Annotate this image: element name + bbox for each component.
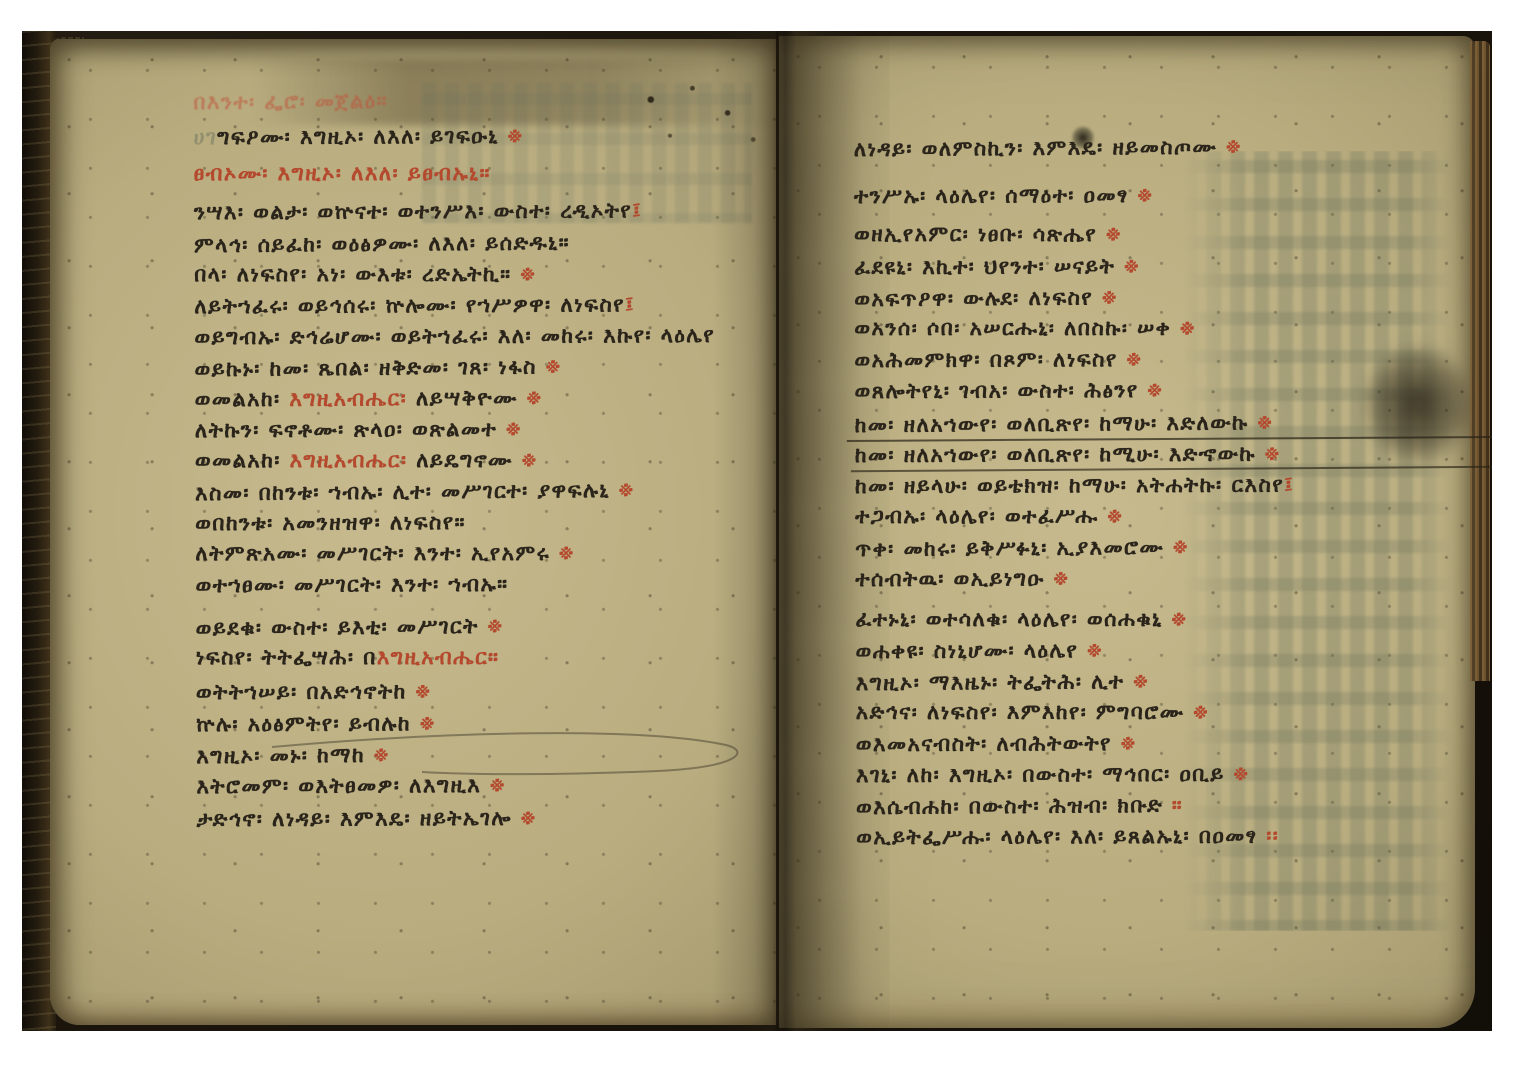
verse-divider-mark: ፠ [1226,134,1242,158]
verse-divider-mark: ፠ [1147,378,1163,402]
text-segment: ወተኀፀሙ፡ መሥገርት፡ እንተ፡ ኀብኡ። [195,572,508,597]
text-segment: ጥቀ፡ መከሩ፡ ይቅሥፉኒ፡ ኢያእመሮሙ [855,535,1173,561]
text-segment: በእንተ፡ ፌሮ፡ መጀልዕ። [193,89,388,115]
text-segment: እግዚአብሔር። [377,645,500,669]
verse-divider-mark: ፠ [1180,316,1196,340]
text-line: ምላኅ፡ ሰይፈከ፡ ወዕፅዎሙ፡ ለእለ፡ ይሰድዱኒ። [194,228,769,264]
verse-divider-mark: ፠ [1121,731,1137,755]
text-segment: ወሐቀዩ፡ ስነኒሆሙ፡ ላዕሌየ [856,638,1088,663]
text-segment: ተጋብኡ፡ ላዕሌየ፡ ወተፈሥሑ [855,504,1107,528]
verse-divider-mark: ፠ [1124,254,1140,278]
text-line: እስመ፡ በከንቱ፡ ኀብኡ፡ ሊተ፡ መሥገርተ፡ ያዋፍሉኒ ፠ [195,476,770,512]
text-line: ፈደዩኒ፡ እኪተ፡ ህየንተ፡ ሠናይት ፠ [854,252,1469,285]
text-segment: በላ፡ ለነፍስየ፡ አነ፡ ውእቱ፡ ረድኤትኪ። [194,262,520,286]
fore-edge-pages [1470,41,1490,681]
text-segment: ወእመአናብስት፡ ለብሕትውትየ [856,731,1121,756]
text-line: ፀብኦሙ፡ እግዚኦ፡ ለእለ፡ ይፀብኡኒ። [194,160,769,192]
verse-divider-mark: ፠ [619,478,635,502]
text-segment: ወአሕመምክዋ፡ በጾም፡ ለነፍስየ [854,347,1126,372]
verse-divider-mark: ፠ [506,417,522,441]
verse-divider-mark: ፠ [1233,762,1249,786]
text-line: ወመልአከ፡ እግዚአብሔር፡ ለይሣቅዮሙ ፠ [195,384,770,418]
text-line: ወተኀፀሙ፡ መሥገርት፡ እንተ፡ ኀብኡ። [195,570,770,604]
text-segment: ለነዳይ፡ ወለምስኪን፡ እምእዴ፡ ዘይመስጦሙ [854,135,1226,162]
text-segment: ወይኩኑ፡ ከመ፡ ጼበል፡ ዘቅድመ፡ ገጸ፡ ነፋስ [194,355,545,382]
text-segment: እትሮመም፡ ወእትፀመዎ፡ ለእግዚእ [196,773,490,798]
text-segment: ፀብኦሙ፡ እግዚኦ፡ ለእለ፡ ይፀብኡኒ። [194,161,491,185]
verse-divider-mark: ፠ [374,743,390,767]
text-line: ወመልአከ፡ እግዚአብሔር፡ ለይዴግኖሙ ፠ [195,447,770,479]
verse-divider-mark: ፠ [508,124,524,148]
verse-divider-mark: ፠ [1126,347,1142,371]
text-segment: አድኅና፡ ለነፍስየ፡ እምእከየ፡ ምግባሮሙ [856,700,1193,724]
text-line: እትሮመም፡ ወእትፀመዎ፡ ለእግዚእ ፠ [196,771,771,805]
verse-divider-mark: ፠ [1173,535,1189,559]
text-segment: ወኢይትፌሥሑ፡ ላዕሌየ፡ እለ፡ ይጸልኡኒ፡ በዐመፃ [856,824,1266,849]
text-segment: ወአንሰ፡ ሶበ፡ አሠርሑኒ፡ ለበስኩ፡ ሠቀ [854,316,1180,340]
text-line: እግዚኦ፡ ማእዜኑ፡ ትፌትሕ፡ ሊተ ፠ [856,666,1471,701]
text-line: ወአሕመምክዋ፡ በጾም፡ ለነፍስየ ፠ [854,345,1469,378]
text-segment: ለይዴግኖሙ [407,448,521,472]
verse-divider-mark: ፠ [1193,700,1209,724]
text-line: ከመ፡ ዘለአኀውየ፡ ወለቢጽየ፡ ከሚሁ፡ እድኆውኩ ፠ [855,440,1470,473]
text-segment: ወትትኀሠይ፡ በአድኅኖትከ [196,679,416,704]
verse-divider-mark: ፠ [520,262,536,286]
verse-divider-mark: ። [1172,793,1183,817]
text-line: በላ፡ ለነፍስየ፡ አነ፡ ውእቱ፡ ረድኤትኪ። ፠ [194,261,769,293]
text-line: ለይትኀፈሩ፡ ወይኅሰሩ፡ ኵሎሙ፡ የኀሥዎዋ፡ ለነፍስየ፤ [194,291,769,325]
manuscript-screenshot: በእንተ፡ ፌሮ፡ መጀልዕ።ሀገግፍዖሙ፡ እግዚኦ፡ ለእለ፡ ይገፍዑኒ … [0,0,1515,1071]
text-segment: ፈደዩኒ፡ እኪተ፡ ህየንተ፡ ሠናይት [854,254,1124,279]
text-line: ነፍስየ፡ ትትፌሣሕ፡ በእግዚአብሔር። [196,644,771,676]
text-segment: ኵሉ፡ አዕፅምትየ፡ ይብሉከ [196,711,420,736]
verse-divider-mark: ፠ [1053,566,1069,590]
verse-divider-mark: ፠ [546,354,562,378]
text-segment: ነፍስየ፡ ትትፌሣሕ፡ በ [196,645,377,669]
text-line: ለነዳይ፡ ወለምስኪን፡ እምእዴ፡ ዘይመስጦሙ ፠ [854,132,1469,167]
text-segment: ወይግብኡ፡ ድኅሬሆሙ፡ ወይትኀፈሩ፡ እለ፡ መከሩ፡ እኩየ፡ ላዕሌየ [194,323,715,349]
left-page-text: በእንተ፡ ፌሮ፡ መጀልዕ።ሀገግፍዖሙ፡ እግዚኦ፡ ለእለ፡ ይገፍዑኒ … [193,86,771,838]
text-segment: ወይደቁ፡ ውስተ፡ ይእቲ፡ መሥገርት [196,614,488,640]
text-line: እግዚኦ፡ መኑ፡ ከማከ ፠ [196,739,771,775]
text-line: ወኢይትፌሥሑ፡ ላዕሌየ፡ እለ፡ ይጸልኡኒ፡ በዐመፃ ፡፡ [856,822,1471,855]
verse-divider-mark: ፤ [1284,473,1294,497]
text-segment: እግዚአብሔር፡ [290,448,408,472]
verse-divider-mark: ፠ [1137,183,1153,207]
verse-divider-mark: ፠ [415,679,431,703]
text-segment: ወአፍጥዖዋ፡ ውሉደ፡ ለነፍስየ [854,285,1102,311]
text-segment: ወእሴብሐከ፡ በውስተ፡ ሕዝብ፡ ክቡድ [856,793,1172,819]
text-line: ጥቀ፡ መከሩ፡ ይቅሥፉኒ፡ ኢያእመሮሙ ፠ [855,532,1470,567]
right-page-text: ለነዳይ፡ ወለምስኪን፡ እምእዴ፡ ዘይመስጦሙ ፠ተንሥኡ፡ ላዕሌየ፡ … [854,133,1472,855]
text-line: ሀገግፍዖሙ፡ እግዚኦ፡ ለእለ፡ ይገፍዑኒ ፠ [194,122,769,156]
text-segment: ንሣእ፡ ወልታ፡ ወኵናተ፡ ወተንሥእ፡ ውስተ፡ ረዲኦትየ [194,198,632,224]
text-segment: ለትኩን፡ ፍኖቶሙ፡ ጽላዐ፡ ወጽልመተ [195,417,506,442]
text-line: ፈተኑኒ፡ ወተሳለቁ፡ ላዕሌየ፡ ወሰሐቁኒ ፠ [855,606,1470,637]
text-line: ለትምጽአሙ፡ መሥገርት፡ እንተ፡ ኢየአምሩ ፠ [195,540,770,572]
verse-divider-mark: ፠ [1133,669,1149,693]
text-segment: እግዚኦ፡ መኑ፡ ከማከ [196,743,374,768]
text-line: ወይኩኑ፡ ከመ፡ ጼበል፡ ዘቅድመ፡ ገጸ፡ ነፋስ ፠ [194,352,769,388]
verse-divider-mark: ፠ [521,806,537,830]
verse-divider-mark: ፠ [420,711,436,735]
text-line: በእንተ፡ ፌሮ፡ መጀልዕ። [193,85,768,121]
text-line: ወእሴብሐከ፡ በውስተ፡ ሕዝብ፡ ክቡድ ። [856,790,1471,825]
text-segment: ለይሣቅዮሙ [407,386,527,411]
text-line: ወእመአናብስት፡ ለብሕትውትየ ፠ [856,729,1471,762]
text-line: ወይደቁ፡ ውስተ፡ ይእቲ፡ መሥገርት ፠ [196,611,771,647]
text-segment: እገኒ፡ ለከ፡ እግዚኦ፡ በውስተ፡ ማኅበር፡ ዐቢይ [856,762,1234,787]
text-segment: ወጸሎትየኒ፡ ገብአ፡ ውስተ፡ ሕፅንየ [855,378,1148,403]
text-line: ወሐቀዩ፡ ስነኒሆሙ፡ ላዕሌየ ፠ [856,636,1471,669]
text-segment: ከመ፡ ዘለአኀውየ፡ ወለቢጽየ፡ ከማሁ፡ እድለውኩ [855,410,1258,437]
text-line: ወትትኀሠይ፡ በአድኅኖትከ ፠ [196,677,771,711]
text-segment: እስመ፡ በከንቱ፡ ኀብኡ፡ ሊተ፡ መሥገርተ፡ ያዋፍሉኒ [195,478,619,505]
text-line: እገኒ፡ ለከ፡ እግዚኦ፡ በውስተ፡ ማኅበር፡ ዐቢይ ፠ [856,760,1471,793]
text-segment: ተሰብትዉ፡ ወኢይነግዑ [855,566,1053,591]
text-line: ተሰብትዉ፡ ወኢይነግዑ ፠ [855,564,1470,597]
verse-divider-mark: ፠ [1265,442,1281,466]
text-segment: ወመልአከ፡ [195,448,290,472]
gutter-line [776,31,778,1031]
text-segment: ለትምጽአሙ፡ መሥገርት፡ እንተ፡ ኢየአምሩ [195,541,558,565]
text-segment: ተንሥኡ፡ ላዕሌየ፡ ሰማዕተ፡ ዐመፃ [854,183,1138,208]
text-line: ኵሉ፡ አዕፅምትየ፡ ይብሉከ ፠ [196,709,771,743]
text-line: ታድኅኖ፡ ለነዳይ፡ እምእዴ፡ ዘይትኤገሎ ፠ [197,804,772,838]
text-line: ለትኩን፡ ፍኖቶሙ፡ ጽላዐ፡ ወጽልመተ ፠ [195,415,770,449]
verse-divider-mark: ፠ [522,448,538,472]
verse-divider-mark: ፠ [1087,638,1103,662]
text-line: አድኅና፡ ለነፍስየ፡ እምእከየ፡ ምግባሮሙ ፠ [856,699,1471,730]
verse-divider-mark: ፠ [1102,285,1118,309]
text-line: ወጸሎትየኒ፡ ገብአ፡ ውስተ፡ ሕፅንየ ፠ [855,376,1470,409]
text-segment: ወመልአከ፡ [195,387,290,411]
verse-divider-mark: ፠ [1171,607,1187,631]
verse-divider-mark: ፤ [632,198,642,222]
text-segment: ለይትኀፈሩ፡ ወይኅሰሩ፡ ኵሎሙ፡ የኀሥዎዋ፡ ለነፍስየ [194,292,625,318]
text-segment: ወዘኢየአምር፡ ነፀቡ፡ ሳጽሔየ [854,222,1106,246]
verse-divider-mark: ፠ [1106,222,1122,246]
text-segment: ወበከንቱ፡ አመንዘዝዋ፡ ለነፍስየ። [195,510,466,535]
text-line: ወአንሰ፡ ሶበ፡ አሠርሑኒ፡ ለበስኩ፡ ሠቀ ፠ [854,315,1469,346]
text-segment: ምላኅ፡ ሰይፈከ፡ ወዕፅዎሙ፡ ለእለ፡ ይሰድዱኒ። [194,230,570,257]
text-segment: ግፍዖሙ፡ እግዚኦ፡ ለእለ፡ ይገፍዑኒ [217,124,508,149]
text-segment: ታድኅኖ፡ ለነዳይ፡ እምእዴ፡ ዘይትኤገሎ [197,806,521,831]
text-segment: እግዚኦ፡ ማእዜኑ፡ ትፌትሕ፡ ሊተ [856,669,1134,695]
text-line: ተጋብኡ፡ ላዕሌየ፡ ወተፈሥሑ ፠ [855,503,1470,534]
text-segment: ሀገ [194,125,218,149]
text-segment: ፈተኑኒ፡ ወተሳለቁ፡ ላዕሌየ፡ ወሰሐቁኒ [855,607,1171,631]
verse-divider-mark: ፠ [488,614,504,638]
text-line: ወአፍጥዖዋ፡ ውሉደ፡ ለነፍስየ ፠ [854,282,1469,317]
verse-divider-mark: ፡፡ [1266,824,1279,848]
verse-divider-mark: ፠ [1257,410,1273,434]
text-segment: ከመ፡ ዘይላሁ፡ ወይቴክዝ፡ ከማሁ፡ አትሐትኩ፡ ርእስየ [855,473,1284,498]
text-line: ወይግብኡ፡ ድኅሬሆሙ፡ ወይትኀፈሩ፡ እለ፡ መከሩ፡ እኩየ፡ ላዕሌየ [194,322,769,356]
text-line: ወበከንቱ፡ አመንዘዝዋ፡ ለነፍስየ። [195,508,770,542]
verse-divider-mark: ፤ [625,292,635,316]
verse-divider-mark: ፠ [559,541,575,565]
text-line: ከመ፡ ዘይላሁ፡ ወይቴክዝ፡ ከማሁ፡ አትሐትኩ፡ ርእስየ፤ [855,471,1470,504]
manuscript-photo: በእንተ፡ ፌሮ፡ መጀልዕ።ሀገግፍዖሙ፡ እግዚኦ፡ ለእለ፡ ይገፍዑኒ … [22,31,1492,1031]
text-segment: እግዚአብሔር፡ [289,386,407,411]
text-line: ወዘኢየአምር፡ ነፀቡ፡ ሳጽሔየ ፠ [854,221,1469,252]
verse-divider-mark: ፠ [1107,504,1123,528]
verse-divider-mark: ፠ [527,386,543,410]
text-line: ተንሥኡ፡ ላዕሌየ፡ ሰማዕተ፡ ዐመፃ ፠ [854,181,1469,214]
verse-divider-mark: ፠ [490,773,506,797]
text-line: ንሣእ፡ ወልታ፡ ወኵናተ፡ ወተንሥእ፡ ውስተ፡ ረዲኦትየ፤ [194,197,769,231]
text-segment: ከመ፡ ዘለአኀውየ፡ ወለቢጽየ፡ ከሚሁ፡ እድኆውኩ [855,442,1265,467]
